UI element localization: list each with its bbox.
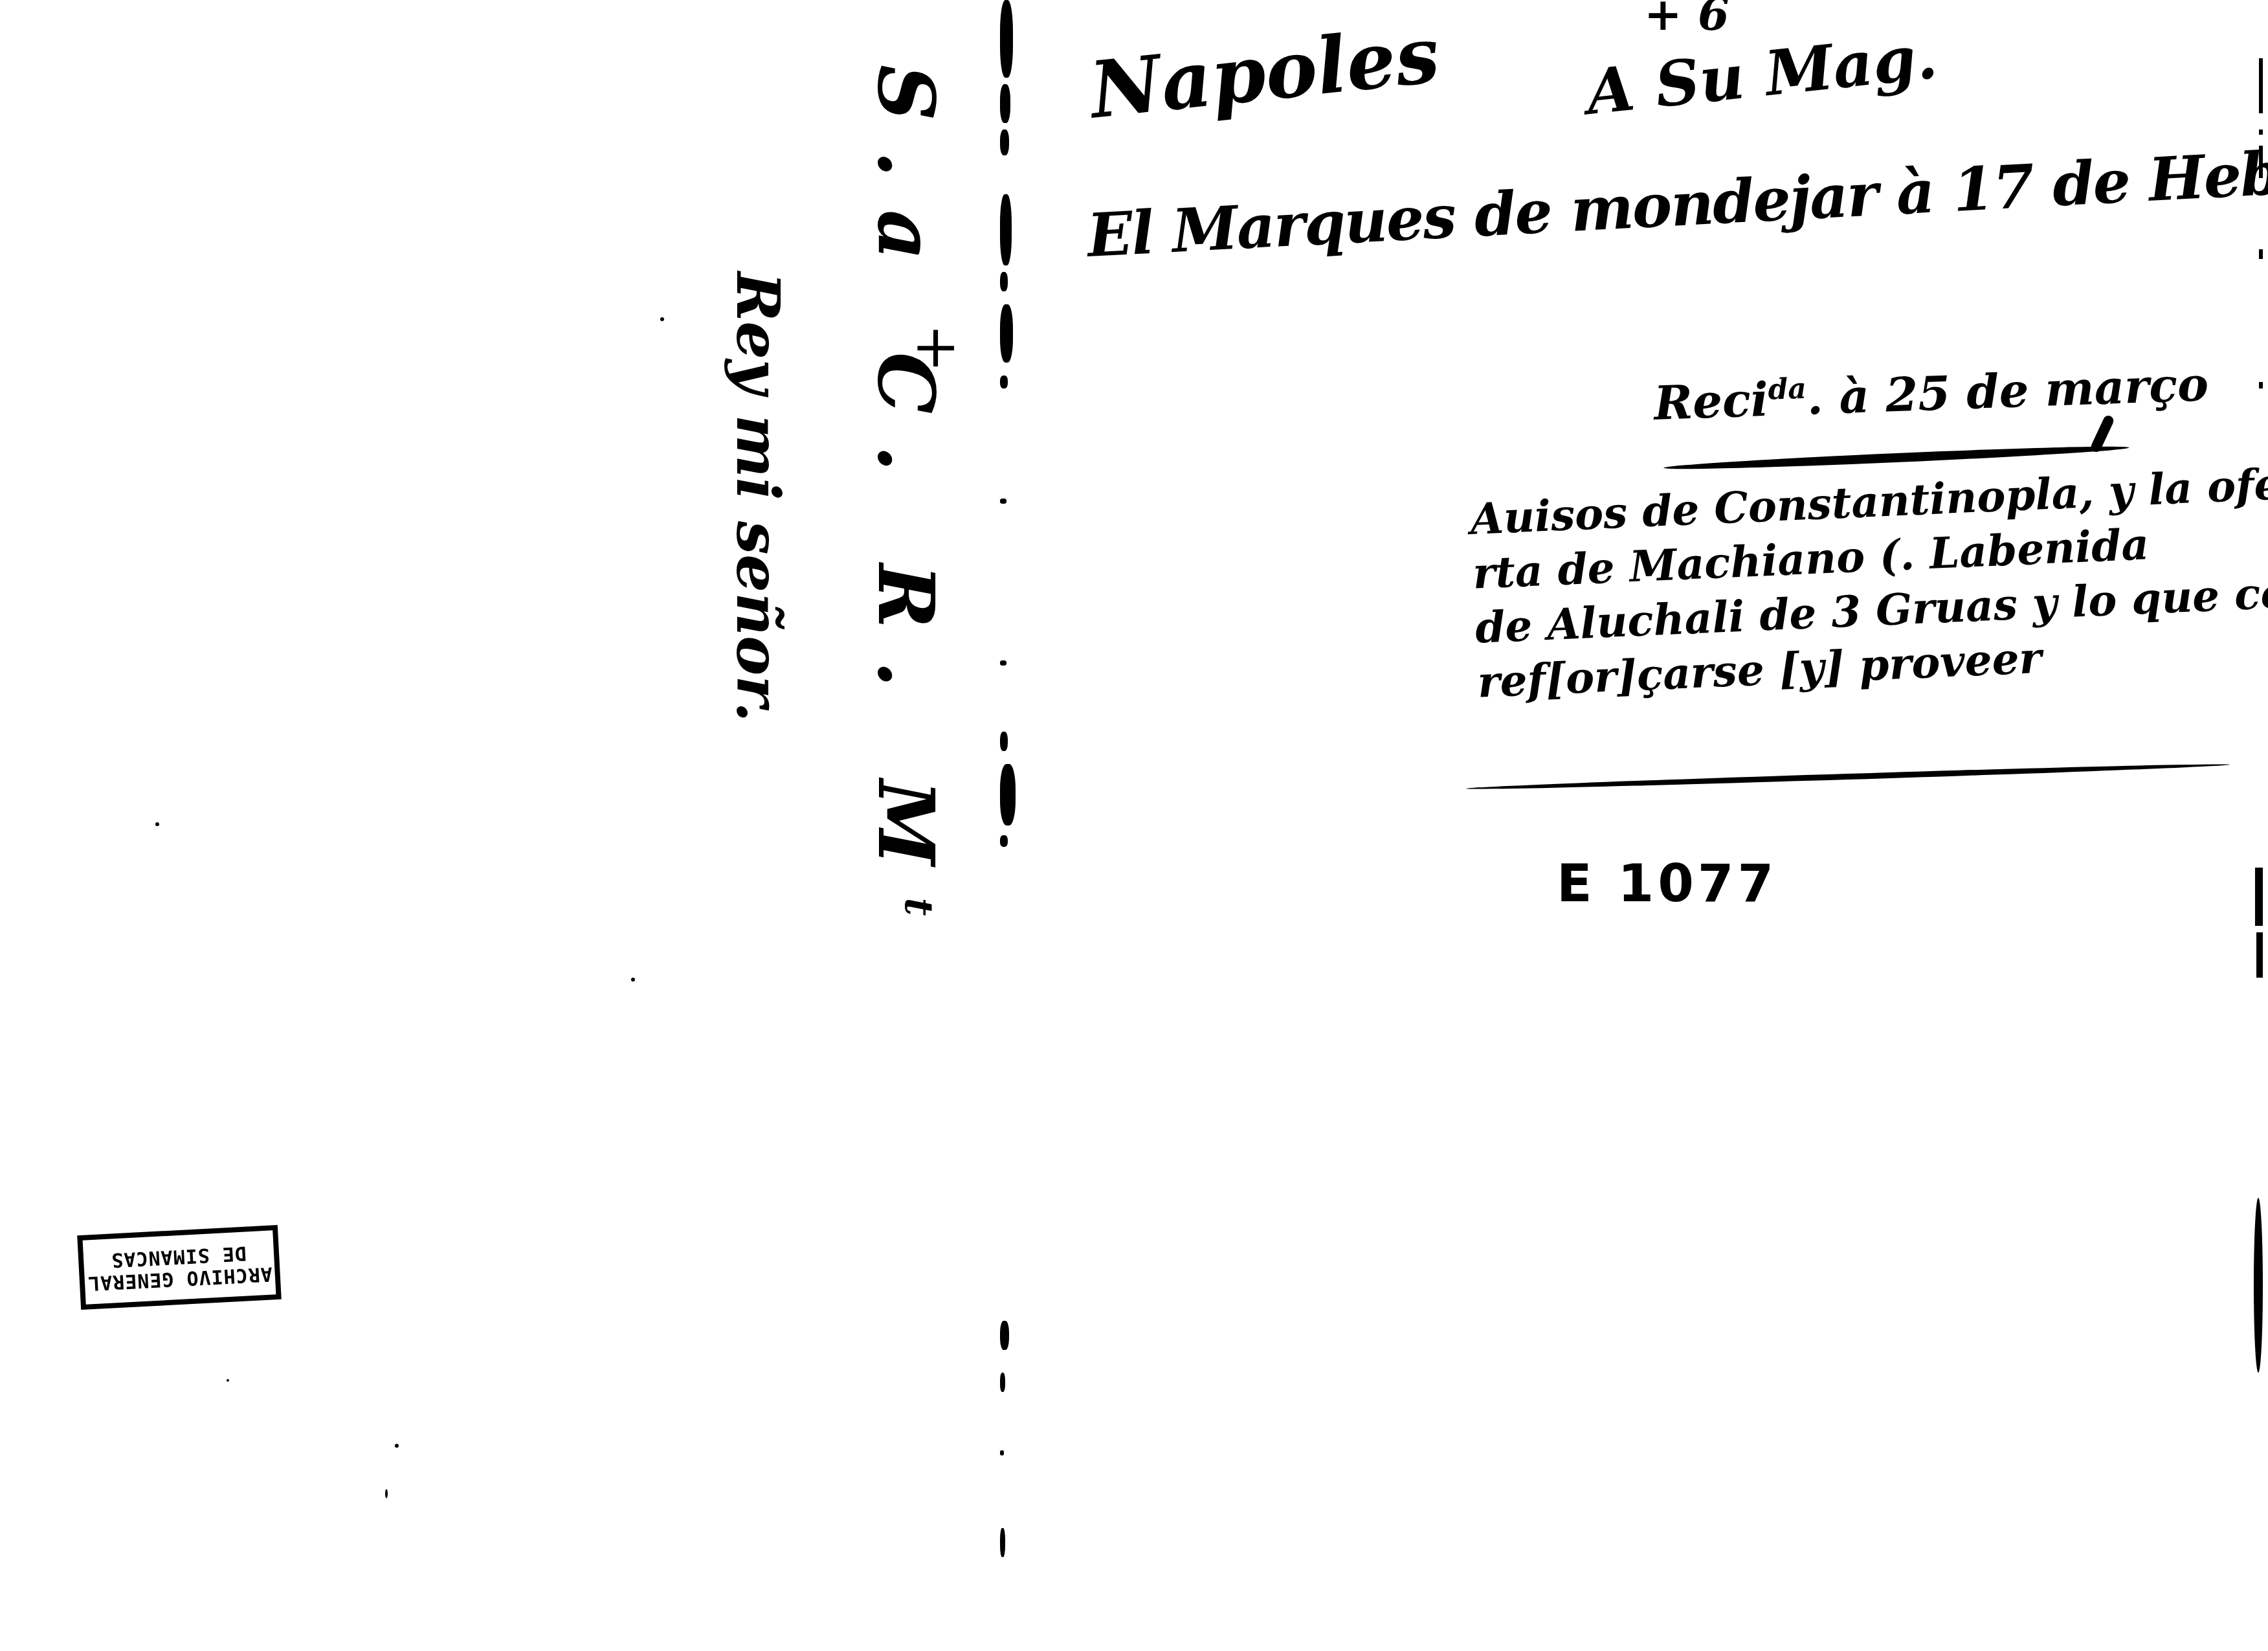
ink-speck [660, 317, 664, 321]
cross-mark: + [903, 324, 971, 372]
top-marks: + 6 [1644, 0, 1729, 41]
address-addressee: Rey mi señor. [723, 272, 793, 722]
received-note: Recida. à 25 de março [1653, 356, 2210, 431]
received-superscript: da [1768, 372, 1807, 407]
ink-speck [385, 1489, 388, 1498]
ink-speck [395, 1444, 399, 1448]
ink-speck [631, 978, 635, 982]
summary-text: Auisos de Constantinopla, y la ofe rta d… [1469, 449, 2268, 710]
place-heading: Napoles [1086, 9, 1444, 137]
salutation-superscript: t [896, 898, 941, 916]
ink-speck [155, 822, 159, 826]
page-fold-line [1000, 0, 1014, 1651]
received-main: Reci [1653, 372, 1770, 431]
ink-speck [227, 1379, 229, 1382]
received-date: . à 25 de março [1806, 356, 2210, 425]
archive-stamp: ARCHIVO GENERAL DE SIMANCAS [77, 1225, 282, 1310]
summary-underline [1466, 761, 2230, 791]
address-salutation: S.a C. R. Mt [860, 65, 951, 915]
salutation-text: S.a C. R. M [860, 65, 951, 898]
sender-date-line: El Marques de mondejar à 17 de Hebrero 1… [1085, 122, 2268, 271]
catalog-reference: E 1077 [1557, 853, 1777, 914]
addressee-short: A Su Mag. [1583, 21, 1940, 129]
page-right-edge [2259, 0, 2268, 1651]
